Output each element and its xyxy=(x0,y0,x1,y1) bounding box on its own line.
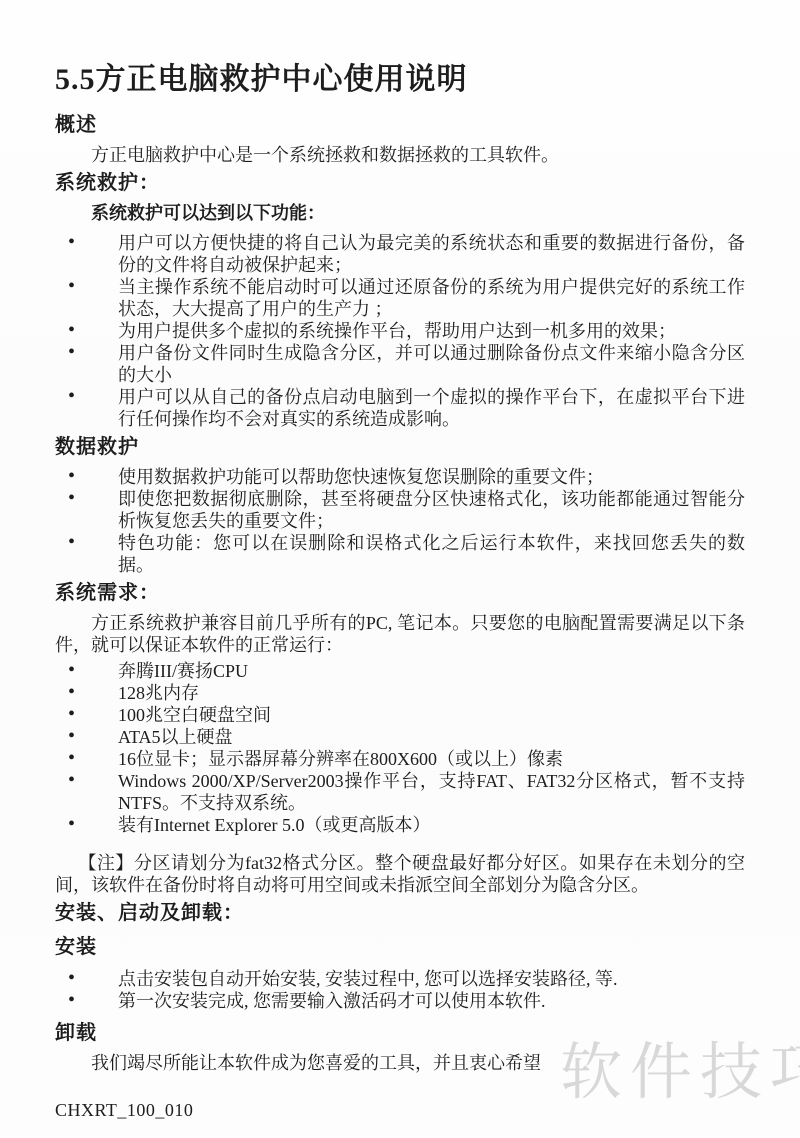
heading-data-rescue: 数据救护 xyxy=(55,434,745,460)
system-requirements-intro: 方正系统救护兼容目前几乎所有的PC, 笔记本。只要您的电脑配置需要满足以下条件，… xyxy=(55,612,745,656)
bullet-item: 用户可以从自己的备份点启动电脑到一个虚拟的操作平台下，在虚拟平台下进行任何操作均… xyxy=(55,386,745,430)
bullet-item: 奔腾III/赛扬CPU xyxy=(55,660,745,682)
bullet-item: 特色功能：您可以在误删除和误格式化之后运行本软件，来找回您丢失的数据。 xyxy=(55,532,745,576)
document-content: 5.5方正电脑救护中心使用说明 概述 方正电脑救护中心是一个系统拯救和数据拯救的… xyxy=(0,0,800,1074)
page-title: 5.5方正电脑救护中心使用说明 xyxy=(55,60,745,100)
system-rescue-intro: 系统救护可以达到以下功能： xyxy=(55,202,745,224)
heading-system-rescue: 系统救护： xyxy=(55,170,745,196)
bullet-item: 100兆空白硬盘空间 xyxy=(55,704,745,726)
bullet-item: 128兆内存 xyxy=(55,682,745,704)
bullet-item: 点击安装包自动开始安装, 安装过程中, 您可以选择安装路径, 等. xyxy=(55,968,745,990)
heading-system-requirements: 系统需求： xyxy=(55,580,745,606)
bullet-item: 使用数据救护功能可以帮助您快速恢复您误删除的重要文件； xyxy=(55,466,745,488)
bullet-item: Windows 2000/XP/Server2003操作平台，支持FAT、FAT… xyxy=(55,770,745,814)
data-rescue-bullet-list: 使用数据救护功能可以帮助您快速恢复您误删除的重要文件；即使您把数据彻底删除，甚至… xyxy=(55,466,745,576)
heading-uninstall: 卸载 xyxy=(55,1020,745,1046)
footer-document-code: CHXRT_100_010 xyxy=(55,1100,193,1121)
system-rescue-bullet-list: 用户可以方便快捷的将自己认为最完美的系统状态和重要的数据进行备份，备份的文件将自… xyxy=(55,232,745,430)
bullet-item: 即使您把数据彻底删除，甚至将硬盘分区快速格式化，该功能都能通过智能分析恢复您丢失… xyxy=(55,488,745,532)
bullet-item: 装有Internet Explorer 5.0（或更高版本） xyxy=(55,814,745,836)
bullet-item: 用户备份文件同时生成隐含分区，并可以通过删除备份点文件来缩小隐含分区的大小 xyxy=(55,342,745,386)
uninstall-paragraph: 我们竭尽所能让本软件成为您喜爱的工具，并且衷心希望 xyxy=(55,1052,745,1074)
bullet-item: 当主操作系统不能启动时可以通过还原备份的系统为用户提供完好的系统工作状态，大大提… xyxy=(55,276,745,320)
document-page: 5.5方正电脑救护中心使用说明 概述 方正电脑救护中心是一个系统拯救和数据拯救的… xyxy=(0,0,800,1138)
heading-install: 安装 xyxy=(55,934,745,960)
heading-overview: 概述 xyxy=(55,112,745,138)
bullet-item: 用户可以方便快捷的将自己认为最完美的系统状态和重要的数据进行备份，备份的文件将自… xyxy=(55,232,745,276)
heading-install-uninstall: 安装、启动及卸载： xyxy=(55,900,745,926)
bullet-item: ATA5以上硬盘 xyxy=(55,726,745,748)
overview-paragraph: 方正电脑救护中心是一个系统拯救和数据拯救的工具软件。 xyxy=(55,144,745,166)
bullet-item: 为用户提供多个虚拟的系统操作平台，帮助用户达到一机多用的效果； xyxy=(55,320,745,342)
install-bullet-list: 点击安装包自动开始安装, 安装过程中, 您可以选择安装路径, 等.第一次安装完成… xyxy=(55,968,745,1012)
bullet-item: 16位显卡；显示器屏幕分辨率在800X600（或以上）像素 xyxy=(55,748,745,770)
system-requirements-bullet-list: 奔腾III/赛扬CPU128兆内存100兆空白硬盘空间ATA5以上硬盘16位显卡… xyxy=(55,660,745,836)
partition-note: 【注】分区请划分为fat32格式分区。整个硬盘最好都分好区。如果存在未划分的空间… xyxy=(55,852,745,896)
bullet-item: 第一次安装完成, 您需要输入激活码才可以使用本软件. xyxy=(55,990,745,1012)
